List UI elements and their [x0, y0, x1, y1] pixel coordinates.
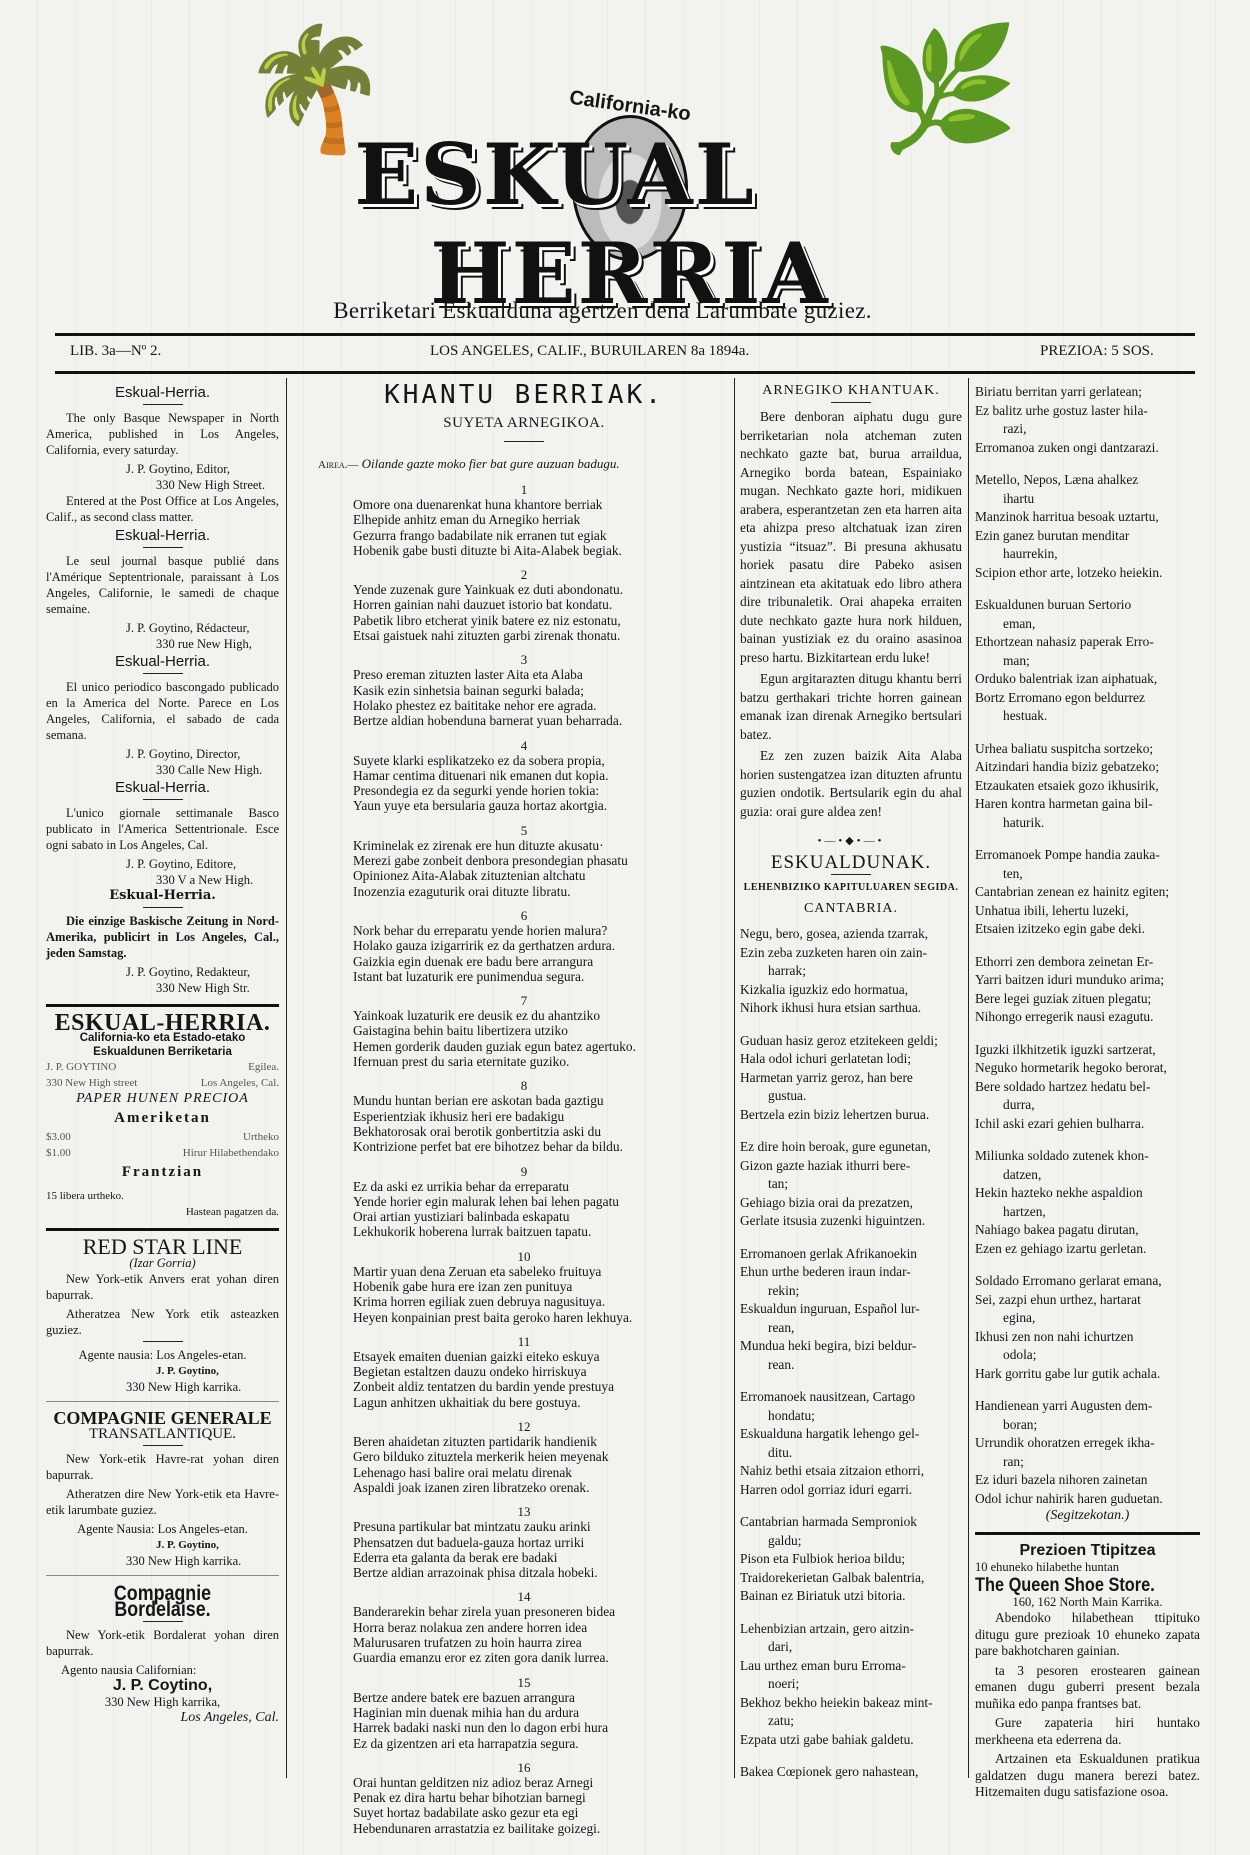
stanza-gap: [975, 1383, 1200, 1397]
agent-address: 330 New High karrika,: [46, 1694, 279, 1710]
stanza-number: 9: [318, 1165, 730, 1179]
section-rule: [975, 1532, 1200, 1535]
divider: [143, 1621, 183, 1622]
verse-line: Ez da aski ez urrikia behar da erreparat…: [353, 1179, 730, 1194]
subscription-subtitle: California-ko eta Estado-etako: [46, 1031, 279, 1045]
verse-line-continuation: eman,: [975, 615, 1200, 634]
verse-line: Ikhusi zen non nahi ichurtzen: [975, 1328, 1200, 1347]
store-name: The Queen Shoe Store.: [975, 1578, 1169, 1594]
verse-line: Bainan ez Biriatuk utzi bitoria.: [740, 1587, 962, 1606]
notice-signature: J. P. Goytino, Rédacteur,: [46, 620, 279, 636]
stanza: Beren ahaidetan zituzten partidarik hand…: [353, 1434, 730, 1495]
verse-line-continuation: noeri;: [740, 1675, 962, 1694]
column-divider: [968, 378, 969, 1778]
notice-heading: Eskual-Herria.: [46, 528, 279, 544]
ornament-divider-icon: •—•◆•—•: [740, 833, 962, 849]
verse-line-continuation: durra,: [975, 1096, 1200, 1115]
stanza: Kriminelak ez zirenak ere hun dituzte ak…: [353, 838, 730, 899]
bordelaise-title: Compagnie Bordelaise.: [63, 1586, 261, 1618]
agent-address: 330 New High karrika.: [46, 1379, 279, 1395]
stanza-gap: [975, 1027, 1200, 1041]
notice-address: 330 Calle New High.: [46, 762, 279, 778]
divider: [143, 799, 183, 800]
divider: [143, 1445, 183, 1446]
agent-name: J. P. Coytino,: [46, 1678, 279, 1694]
verse-line: Nork behar du erreparatu yende horien ma…: [353, 923, 730, 938]
verse-line: Soldado Erromano gerlarat emana,: [975, 1272, 1200, 1291]
cgt-subtitle: TRANSATLANTIQUE.: [46, 1426, 279, 1442]
verse-line: Holako phestez ez baititake nehor ere ag…: [353, 698, 730, 713]
ad-line: 10 ehuneko hilabethe huntan: [975, 1559, 1200, 1575]
verse-line: Gezurra frango badabilate nik erranen tu…: [353, 528, 730, 543]
verse-line-continuation: datzen,: [975, 1166, 1200, 1185]
verse-line: Harmetan yarriz geroz, han bere: [740, 1069, 962, 1088]
stanza: Yainkoak luzaturik ere deusik ez du ahan…: [353, 1008, 730, 1069]
verse-line: Hark gorritu gabe lur gutik achala.: [975, 1365, 1200, 1384]
ad-paragraph: Abendoko hilabethean ttipituko ditugu gu…: [975, 1610, 1200, 1660]
verse-line: Begietan estaltzen dauzu ondeko hirrisku…: [353, 1364, 730, 1379]
verse-line: Hobenik gabe busti dituzte bi Aita-Alabe…: [353, 543, 730, 558]
verse-line: Lekhukorik hoberena lurrak baitzuen tapa…: [353, 1224, 730, 1239]
notice-signature: J. P. Goytino, Director,: [46, 746, 279, 762]
verse-line: Nahiz bethi etsaia zitzaion ethorri,: [740, 1462, 962, 1481]
verse-line: Zonbeit aldiz tentatzen du bardin yende …: [353, 1379, 730, 1394]
continued-label: LEHENBIZIKO KAPITULUAREN SEGIDA.: [740, 880, 962, 896]
verse-line: Erromanoa zuken ongi dantzarazi.: [975, 439, 1200, 458]
verse-line: Bortz Erromano egon beldurrez: [975, 689, 1200, 708]
stanza-gap: [975, 726, 1200, 740]
column-article: ARNEGIKO KHANTUAK. Bere denboran aiphatu…: [740, 383, 962, 1782]
notice-heading: Eskual-Herria.: [46, 385, 279, 401]
stanza-gap: [740, 1124, 962, 1138]
section-rule: [46, 1228, 279, 1231]
verse-line-continuation: hestuak.: [975, 707, 1200, 726]
verse-line-continuation: ten,: [975, 865, 1200, 884]
tagline: Berriketari Eskualduna agertzen dena Lar…: [0, 298, 1250, 324]
stanza-gap: [975, 939, 1200, 953]
masthead-title-left: ESKUAL: [354, 125, 756, 224]
verse-line: Ethorri zen dembora zeinetan Er-: [975, 953, 1200, 972]
verse-line: Gizon gazte haziak ithurri bere-: [740, 1157, 962, 1176]
ad-body: New York-etik Bordalerat yohan diren bap…: [46, 1627, 279, 1659]
verse-line: Orai huntan gelditzen niz adioz beraz Ar…: [353, 1775, 730, 1790]
divider: [831, 874, 871, 875]
verse-line: Bekhoz bekho heiekin bakeaz mint-: [740, 1694, 962, 1713]
notice-signature: J. P. Goytino, Redakteur,: [46, 964, 279, 980]
stanza-number: 2: [318, 568, 730, 582]
verse-line: Ezen ez gehiago izartu gerletan.: [975, 1240, 1200, 1259]
verses: Negu, bero, gosea, azienda tzarrak,Ezin …: [740, 925, 962, 1782]
verse-line: Esperientziak ikhusiz heri ere badakigu: [353, 1109, 730, 1124]
verse-line-continuation: hondatu;: [740, 1407, 962, 1426]
verse-line: Yende horier egin malurak lehen bai lehe…: [353, 1194, 730, 1209]
red-star-subtitle: (Izar Gorria): [46, 1255, 279, 1271]
notice-address: 330 V a New High.: [46, 872, 279, 888]
notice-body: Le seul journal basque publié dans l'Amé…: [46, 553, 279, 617]
stanza: Presuna partikular bat mintzatu zauku ar…: [353, 1519, 730, 1580]
verse-line: Sei, zazpi ehun urthez, hartarat: [975, 1291, 1200, 1310]
notice-signature: J. P. Goytino, Editore,: [46, 856, 279, 872]
verse-line: Beren ahaidetan zituzten partidarik hand…: [353, 1434, 730, 1449]
verse-line: Urrundik ohoratzen erregek ikha-: [975, 1434, 1200, 1453]
store-address: 160, 162 North Main Karrika.: [975, 1594, 1200, 1610]
verse-line: Bertze aldian arrazoinak phisa ditzala h…: [353, 1565, 730, 1580]
stanza-gap: [740, 1749, 962, 1763]
verse-line: Handienean yarri Augusten dem-: [975, 1397, 1200, 1416]
verse-line: Eskualdunen buruan Sertorio: [975, 596, 1200, 615]
notice-signature: J. P. Goytino, Editor,: [46, 461, 279, 477]
verse-line: Banderarekin behar zirela yuan presonere…: [353, 1604, 730, 1619]
verse-line: Horren gainian nahi dauzuet istorio bat …: [353, 597, 730, 612]
stanza-gap: [975, 1133, 1200, 1147]
verse-line: Nihork ikhusi hura etsian sarthua.: [740, 999, 962, 1018]
verse-line: Bere legei guziak zituen plegatu;: [975, 990, 1200, 1009]
verse-line: Orai artian yustiziari balinbada eskapat…: [353, 1209, 730, 1224]
column-notices: Eskual-Herria. The only Basque Newspaper…: [46, 383, 279, 1726]
payment-note: Hastean pagatzen da.: [46, 1204, 279, 1220]
verse-line: Bertze aldian hobenduna barnerat yuan be…: [353, 713, 730, 728]
newspaper-page: 🌴 🌿 California-ko ESKUALHERRIA Berriketa…: [0, 0, 1250, 1855]
ad-paragraph: ta 3 pesoren erostearen gainean emanen d…: [975, 1663, 1200, 1713]
stanza-number: 8: [318, 1079, 730, 1093]
agent-line: Agente nausia: Los Angeles-etan.: [46, 1347, 279, 1363]
editor-line: J. P. GOYTINOEgilea.: [46, 1059, 279, 1075]
verse-line: Suyet hortaz badabilate asko gezur eta e…: [353, 1805, 730, 1820]
verse-line: Harrek badaki naski nun den lo dagon erb…: [353, 1720, 730, 1735]
verse-line: Preso ereman zituzten laster Aita eta Al…: [353, 667, 730, 682]
verse-line: Guduan hasiz geroz etzitekeen geldi;: [740, 1032, 962, 1051]
stanza-gap: [975, 1258, 1200, 1272]
verse-line: Erromanoek Pompe handia zauka-: [975, 846, 1200, 865]
ad-body: Atheratzen dire New York-etik eta Havre-…: [46, 1486, 279, 1518]
verse-line: Elhepide anhitz eman du Arnegiko herriak: [353, 512, 730, 527]
verse-line: Miliunka soldado zutenek khon-: [975, 1147, 1200, 1166]
verse-line: Pabetik libro etcherat yinik batere ez n…: [353, 613, 730, 628]
top-rule: [55, 333, 1195, 336]
stanza: Nork behar du erreparatu yende horien ma…: [353, 923, 730, 984]
column-verses-and-ad: Biriatu berritan yarri gerlatean;Ez bali…: [975, 383, 1200, 1804]
verse-line: Penak ez dira hartu behar bihotzian barn…: [353, 1790, 730, 1805]
verse-line: Gehiago bizia orai da prezatzen,: [740, 1194, 962, 1213]
poem-subtitle: SUYETA ARNEGIKOA.: [318, 415, 730, 431]
verse-line: Ethortzean nahasiz paperak Erro-: [975, 633, 1200, 652]
verse-line: Ezin ganez burutan menditar: [975, 527, 1200, 546]
stanza-number: 3: [318, 653, 730, 667]
verse-line: Horra beraz nolakua zen andere horren id…: [353, 1620, 730, 1635]
column-divider: [734, 378, 735, 1778]
region-america: Ameriketan: [46, 1110, 279, 1126]
masthead-title: ESKUALHERRIA: [200, 125, 1060, 323]
tagline-text: Berriketari Eskualduna agertzen dena Lar…: [333, 298, 872, 323]
notice-entry: Entered at the Post Office at Los Angele…: [46, 493, 279, 525]
stanza-number: 6: [318, 909, 730, 923]
verse-line: Bertze andere batek ere bazuen arrangura: [353, 1690, 730, 1705]
article-title: ARNEGIKO KHANTUAK.: [740, 383, 962, 399]
verse-line: Yarri baitzen iduri munduko arima;: [975, 971, 1200, 990]
verse-line: Heyen konpainian prest baita geroko hare…: [353, 1310, 730, 1325]
verse-line: Kriminelak ez zirenak ere hun dituzte ak…: [353, 838, 730, 853]
verse-line: Opinionez Aita-Alabak zituztenian altcha…: [353, 868, 730, 883]
stanza-number: 4: [318, 739, 730, 753]
verse-line-continuation: harrak;: [740, 962, 962, 981]
verse-line: Ez iduri bazela nihoren zainetan: [975, 1471, 1200, 1490]
stanza-number: 16: [318, 1761, 730, 1775]
divider: [143, 907, 183, 908]
subscription-subtitle: Eskualdunen Berriketaria: [46, 1045, 279, 1059]
verse-line: Eskualduna hargatik lehengo gel-: [740, 1425, 962, 1444]
column-divider: [286, 378, 287, 1778]
verse-line: Urhea baliatu suspitcha sortzeko;: [975, 740, 1200, 759]
ad-body: New York-etik Anvers erat yohan diren ba…: [46, 1271, 279, 1303]
verse-line: Guardia emanzu eror ez ziten gora danik …: [353, 1650, 730, 1665]
verse-line: Suyete klarki esplikatzeko ez da sobera …: [353, 753, 730, 768]
verse-line: Lehenago hasi balire orai melatu direnak: [353, 1465, 730, 1480]
agent-line: Agento nausia Californian:: [46, 1662, 279, 1678]
stanza: Martir yuan dena Zeruan eta sabeleko fru…: [353, 1264, 730, 1325]
divider: [143, 547, 183, 548]
verse-line: Odol ichur nahirik haren guduetan.: [975, 1490, 1200, 1509]
verse-line: Holako gauza izigarririk ez da gerthatze…: [353, 938, 730, 953]
to-be-continued: (Segitzekotan.): [975, 1508, 1200, 1524]
verse-line: Etzaukaten etsaiek gozo ikhusirik,: [975, 777, 1200, 796]
cgt-title: COMPAGNIE GENERALE: [46, 1410, 279, 1426]
subsection-title: CANTABRIA.: [740, 901, 962, 917]
verse-line: Bakea Cœpionek gero nahastean,: [740, 1763, 962, 1782]
stanza-number: 13: [318, 1505, 730, 1519]
place-date: LOS ANGELES, CALIF., BURUILAREN 8a 1894a…: [430, 343, 749, 360]
divider: [46, 1575, 279, 1576]
verse-line: Erromanoek nausitzean, Cartago: [740, 1388, 962, 1407]
verse-line-continuation: ihartu: [975, 490, 1200, 509]
agent-name: J. P. Goytino,: [46, 1537, 279, 1553]
section-title: ESKUALDUNAK.: [740, 855, 962, 871]
stanza-number: 15: [318, 1676, 730, 1690]
ad-paragraph: Artzainen eta Eskualdunen pratikua galda…: [975, 1751, 1200, 1801]
verse-line: Hekin hazteko nekhe aspaldion: [975, 1184, 1200, 1203]
divider: [143, 404, 183, 405]
verse-line: Cantabrian harmada Semproniok: [740, 1513, 962, 1532]
verse-line-continuation: man;: [975, 652, 1200, 671]
stanza-gap: [740, 1374, 962, 1388]
verse-line: Kasik ezin sinhetsia bainan segurki bala…: [353, 683, 730, 698]
verse-line: Hebendunaren arrastatzia ez bailitake go…: [353, 1821, 730, 1836]
verse-line: Krima horren egiliak zuen debruya nagusi…: [353, 1294, 730, 1309]
price: PREZIOA: 5 SOS.: [1040, 343, 1154, 360]
subscription-title: ESKUAL-HERRIA.: [46, 1015, 279, 1031]
red-star-line-title: RED STAR LINE: [46, 1239, 279, 1255]
verse-line: Erromanoen gerlak Afrikanoekin: [740, 1245, 962, 1264]
verse-line-continuation: rekin;: [740, 1282, 962, 1301]
stanza-number: 10: [318, 1250, 730, 1264]
agent-city: Los Angeles, Cal.: [46, 1710, 279, 1726]
masthead: 🌴 🌿 California-ko ESKUALHERRIA: [200, 40, 1060, 290]
verse-line: Ez dire hoin beroak, gure egunetan,: [740, 1138, 962, 1157]
verse-line-continuation: haturik.: [975, 814, 1200, 833]
stanza-gap: [975, 457, 1200, 471]
verse-line: Unhatua ibili, lehertu luzeki,: [975, 902, 1200, 921]
notice-body: El unico periodico bascongado publicado …: [46, 679, 279, 743]
ad-body: Atheratzea New York etik asteazken guzie…: [46, 1306, 279, 1338]
poem-stanzas: 1Omore ona duenarenkat huna khantore ber…: [318, 483, 730, 1836]
verse-line: Phensatzen dut baduela-gauza hortaz urri…: [353, 1535, 730, 1550]
stanza-number: 11: [318, 1335, 730, 1349]
notice-body: L'unico giornale settimanale Basco publi…: [46, 805, 279, 853]
verse-line: Scipion ethor arte, lotzeko heiekin.: [975, 564, 1200, 583]
verse-line: Omore ona duenarenkat huna khantore berr…: [353, 497, 730, 512]
divider: [831, 402, 871, 403]
verse-line: Aitzindari handia biziz gebatzeko;: [975, 758, 1200, 777]
verse-line: Biriatu berritan yarri gerlatean;: [975, 383, 1200, 402]
verse-line: Hemen gorderik dauden guziak egun batez …: [353, 1039, 730, 1054]
verse-line: Haginian min duenak mihia han du ardura: [353, 1705, 730, 1720]
verse-line: Cantabrian zenean ez hainitz egiten;: [975, 883, 1200, 902]
notice-address: 330 rue New High,: [46, 636, 279, 652]
verse-line: Presondegia ez da segurki yende horien t…: [353, 783, 730, 798]
verse-line: Yainkoak luzaturik ere deusik ez du ahan…: [353, 1008, 730, 1023]
verse-line: Kizkalia iguzkiz edo hormatua,: [740, 981, 962, 1000]
verse-line: Ichil aski ezari gehien bulharra.: [975, 1115, 1200, 1134]
ad-heading: Prezioen Ttipitzea: [975, 1543, 1200, 1559]
verse-line: Etsayek emaiten duenian gaizki eiteko es…: [353, 1349, 730, 1364]
price-heading: PAPER HUNEN PRECIOA: [46, 1091, 279, 1107]
stanza-gap: [740, 1018, 962, 1032]
notice-address: 330 New High Street.: [46, 477, 279, 493]
verse-line: Nihongo erregerik nausi ezagutu.: [975, 1008, 1200, 1027]
notice-heading: Eskual-Herria.: [46, 888, 279, 904]
verse-line: Bertzela ezin biziz lehertzen burua.: [740, 1106, 962, 1125]
verse-line: Manzinok harritua besoak uztartu,: [975, 508, 1200, 527]
verse-line-continuation: hartzen,: [975, 1203, 1200, 1222]
verse-line: Lehenbizian artzain, gero aitzin-: [740, 1620, 962, 1639]
agent-name: J. P. Goytino,: [46, 1363, 279, 1379]
stanza-gap: [975, 582, 1200, 596]
verse-line: Hobenik gabe hura ere izan zen punituya: [353, 1279, 730, 1294]
verse-line: Malurusaren trufatzen zu hoin haurra zir…: [353, 1635, 730, 1650]
poem-title: KHANTU BERRIAK.: [318, 387, 730, 403]
verse-line-continuation: haurrekin,: [975, 545, 1200, 564]
stanza: Yende zuzenak gure Yainkuak ez duti abon…: [353, 582, 730, 643]
verse-line: Ifernuan prest du saria eternitate guzik…: [353, 1054, 730, 1069]
verse-line: Bekhatorosak orai berotik gonbertitzia a…: [353, 1124, 730, 1139]
divider: [143, 1341, 183, 1342]
article-paragraph: Egun argitarazten ditugu khantu berri ba…: [740, 670, 962, 744]
verse-line: Gero bilduko zituztela merkerik heien me…: [353, 1449, 730, 1464]
divider: [504, 441, 544, 442]
verse-line: Ezpata utzi gabe bahiak galdetu.: [740, 1731, 962, 1750]
stanza-number: 7: [318, 994, 730, 1008]
stanza: Ez da aski ez urrikia behar da erreparat…: [353, 1179, 730, 1240]
stanza: Preso ereman zituzten laster Aita eta Al…: [353, 667, 730, 728]
stanza-number: 12: [318, 1420, 730, 1434]
verse-line: Orduko balentriak izan aiphatuak,: [975, 670, 1200, 689]
ad-body: New York-etik Havre-rat yohan diren bapu…: [46, 1451, 279, 1483]
verse-line: Nahiago bakea pagatu dirutan,: [975, 1221, 1200, 1240]
verse-line: Martir yuan dena Zeruan eta sabeleko fru…: [353, 1264, 730, 1279]
verse-line-continuation: boran;: [975, 1416, 1200, 1435]
verse-line: Yaun yuye eta bersularia gauza hortaz ak…: [353, 798, 730, 813]
verse-line: Traidorekerietan Galbak balentria,: [740, 1569, 962, 1588]
verse-line: Etsai gaistuek nahi zituzten garbi ziren…: [353, 628, 730, 643]
verse-line: Bere soldado hartzez hedatu bel-: [975, 1078, 1200, 1097]
verse-line: Negu, bero, gosea, azienda tzarrak,: [740, 925, 962, 944]
verse-line: Merezi gabe zonbeit denbora presondegian…: [353, 853, 730, 868]
verses: Biriatu berritan yarri gerlatean;Ez bali…: [975, 383, 1200, 1508]
notice-heading: Eskual-Herria.: [46, 654, 279, 670]
notice-heading: Eskual-Herria.: [46, 780, 279, 796]
divider: [143, 673, 183, 674]
agent-address: 330 New High karrika.: [46, 1553, 279, 1569]
verse-line-continuation: gustua.: [740, 1087, 962, 1106]
verse-line: Mundua heki begira, bizi beldur-: [740, 1337, 962, 1356]
verse-line: Metello, Nepos, Læna ahalkez: [975, 471, 1200, 490]
dateline-bottom-rule: [55, 371, 1195, 374]
verse-line-continuation: galdu;: [740, 1532, 962, 1551]
stanza-number: 1: [318, 483, 730, 497]
region-france: Frantzian: [46, 1164, 279, 1180]
stanza: Suyete klarki esplikatzeko ez da sobera …: [353, 753, 730, 814]
verse-line: Iguzki ilkhitzetik iguzki sartzerat,: [975, 1041, 1200, 1060]
verse-line: Istant bat luzaturik ere punimendua segu…: [353, 969, 730, 984]
stanza: Orai huntan gelditzen niz adioz beraz Ar…: [353, 1775, 730, 1836]
verse-line-continuation: egina,: [975, 1309, 1200, 1328]
verse-line: Hamar centima dituenari nik emanen dut k…: [353, 768, 730, 783]
verse-line: Harren odol gorriaz iduri egarri.: [740, 1481, 962, 1500]
section-rule: [46, 1004, 279, 1007]
stanza-gap: [740, 1499, 962, 1513]
verse-line: Mundu huntan berian ere askotan bada gaz…: [353, 1093, 730, 1108]
verse-line: Eskualdun inguruan, Español lur-: [740, 1300, 962, 1319]
address-line: 330 New High streetLos Angeles, Cal.: [46, 1075, 279, 1091]
verse-line-continuation: razi,: [975, 420, 1200, 439]
stanza-gap: [975, 832, 1200, 846]
article-paragraph: Ez zen zuzen baizik Aita Alaba horien su…: [740, 747, 962, 821]
verse-line: Haren kontra harmetan gaina bil-: [975, 795, 1200, 814]
stanza: Etsayek emaiten duenian gaizki eiteko es…: [353, 1349, 730, 1410]
verse-line: Ederra eta galanta da berak ere badaki: [353, 1550, 730, 1565]
column-poem: KHANTU BERRIAK. SUYETA ARNEGIKOA. Airea.…: [318, 383, 730, 1836]
verse-line: Pison eta Fulbiok herioa bildu;: [740, 1550, 962, 1569]
dateline: LIB. 3a—Nº 2. LOS ANGELES, CALIF., BURUI…: [55, 343, 1195, 365]
stanza-gap: [740, 1231, 962, 1245]
stanza: Mundu huntan berian ere askotan bada gaz…: [353, 1093, 730, 1154]
verse-line-continuation: ditu.: [740, 1444, 962, 1463]
stanza-number: 14: [318, 1590, 730, 1604]
verse-line: Aspaldi joak izanen ziren libratzeko ore…: [353, 1480, 730, 1495]
verse-line: Lagun anhitzen ukhaitiak du bere gostuya…: [353, 1395, 730, 1410]
verse-line: Kontrizione perfet bat ere bihotzez beha…: [353, 1139, 730, 1154]
stanza: Bertze andere batek ere bazuen arrangura…: [353, 1690, 730, 1751]
stanza-number: 5: [318, 824, 730, 838]
verse-line: Gerlate itsusia zuzenki higuintzen.: [740, 1212, 962, 1231]
verse-line-continuation: odola;: [975, 1346, 1200, 1365]
verse-line-continuation: ran;: [975, 1453, 1200, 1472]
notice-body: The only Basque Newspaper in North Ameri…: [46, 410, 279, 458]
verse-line-continuation: tan;: [740, 1175, 962, 1194]
verse-line-continuation: dari,: [740, 1638, 962, 1657]
verse-line: Etsaien izitzeko egin gabe deki.: [975, 920, 1200, 939]
verse-line: Ehun urthe bederen iraun indar-: [740, 1263, 962, 1282]
verse-line: Ez balitz urhe gostuz laster hila-: [975, 402, 1200, 421]
volume-number: LIB. 3a—Nº 2.: [70, 343, 161, 360]
ad-paragraph: Gure zapateria hiri huntako merkheena et…: [975, 1715, 1200, 1748]
divider: [46, 1401, 279, 1402]
rate-france: 15 libera urtheko.: [46, 1188, 279, 1204]
article-paragraph: Bere denboran aiphatu dugu gure berriket…: [740, 408, 962, 667]
notice-address: 330 New High Str.: [46, 980, 279, 996]
stanza: Banderarekin behar zirela yuan presonere…: [353, 1604, 730, 1665]
verse-line: Hala odol ichuri gerlatetan lodi;: [740, 1050, 962, 1069]
verse-line-continuation: rean,: [740, 1319, 962, 1338]
